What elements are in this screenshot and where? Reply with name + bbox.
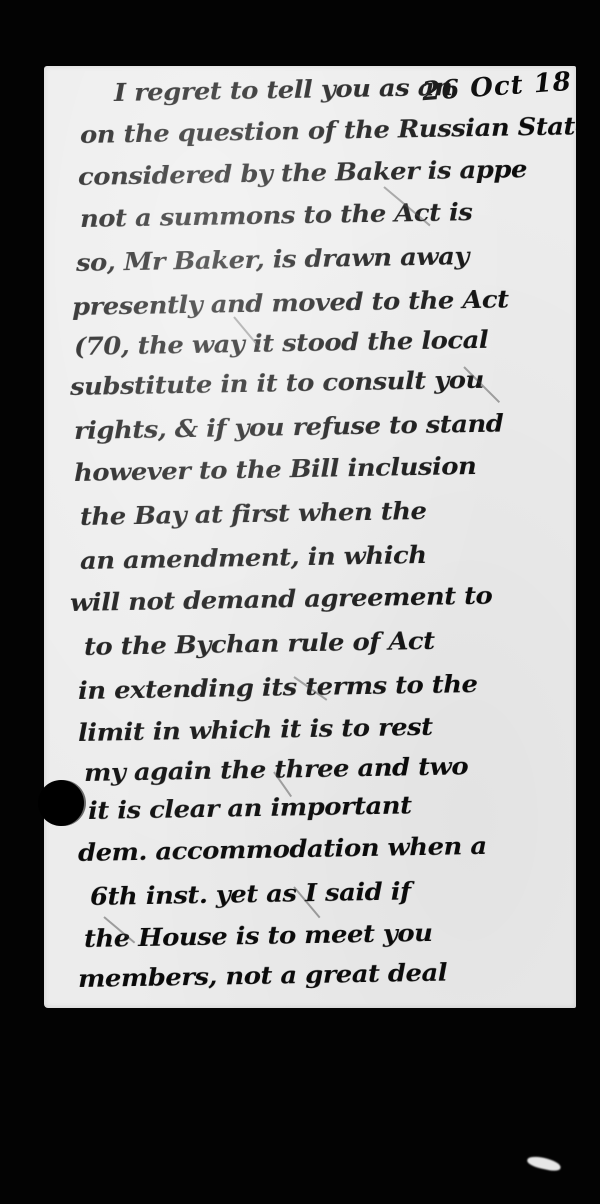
handwritten-line: (70, the way it stood the local [74, 325, 489, 361]
handwritten-line: the Bay at first when the [80, 496, 427, 531]
handwritten-line: 6th inst. yet as I said if [90, 876, 411, 911]
handwritten-line: an amendment, in which [80, 540, 427, 575]
handwritten-line: rights, & if you refuse to stand [74, 409, 504, 445]
letter-page: 26 Oct 18 I regret to tell you as an on … [44, 66, 576, 1008]
handwritten-line: members, not a great deal [78, 958, 447, 993]
handwritten-line: so, Mr Baker, is drawn away [76, 241, 469, 277]
punch-hole [38, 780, 84, 826]
handwritten-line: will not demand agreement to [70, 581, 493, 617]
handwriting-body: I regret to tell you as an on the questi… [44, 66, 576, 1008]
handwritten-line: presently and moved to the Act [72, 284, 509, 321]
handwritten-line: however to the Bill inclusion [74, 451, 477, 487]
handwritten-line: dem. accommodation when a [78, 831, 487, 867]
handwritten-line: limit in which it is to rest [78, 712, 433, 747]
handwritten-line: my again the three and two [84, 751, 469, 787]
handwritten-line: on the question of the Russian State [80, 111, 576, 149]
handwritten-line: to the Bychan rule of Act [84, 626, 435, 661]
handwritten-line: considered by the Baker is appe [78, 154, 527, 191]
handwritten-line: it is clear an important [88, 790, 412, 825]
handwritten-line: in extending its terms to the [78, 669, 478, 705]
handwritten-line: the House is to meet you [84, 918, 433, 953]
handwritten-line: substitute in it to consult you [70, 365, 484, 401]
handwritten-line: I regret to tell you as an [114, 72, 453, 107]
handwritten-line: not a summons to the Act is [80, 197, 473, 233]
